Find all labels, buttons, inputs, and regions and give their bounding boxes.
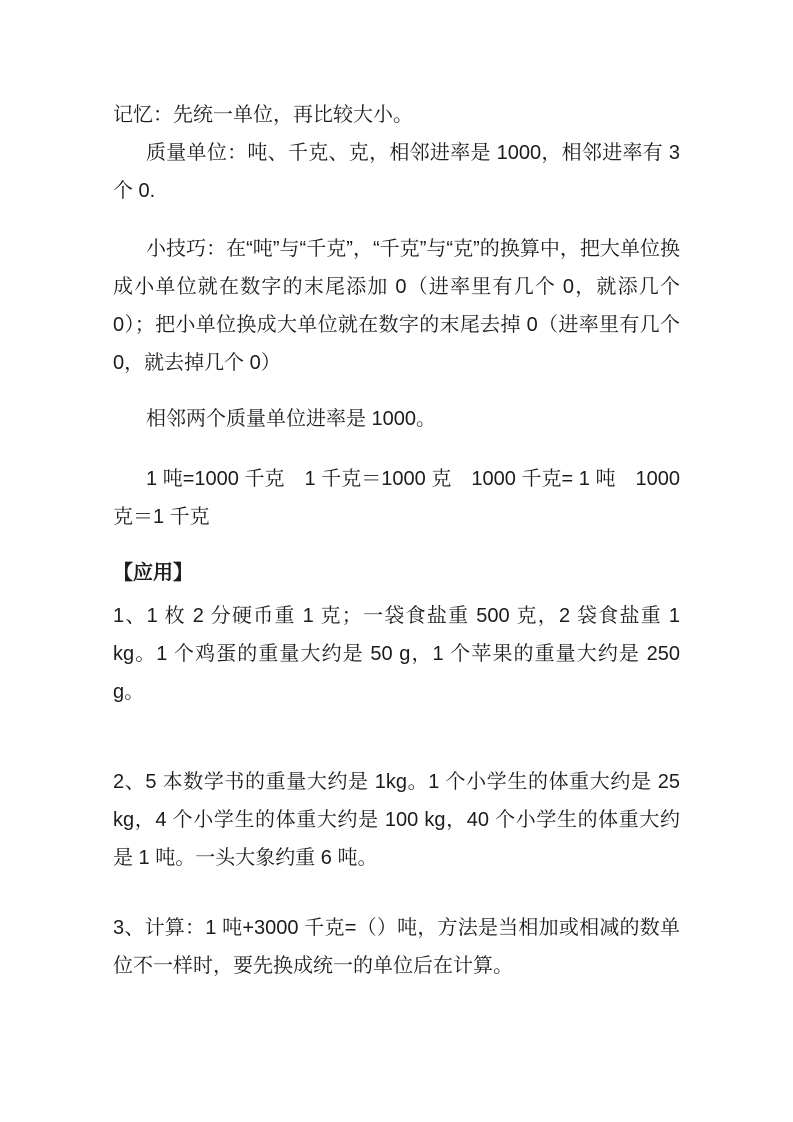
document-page: 记忆：先统一单位，再比较大小。 质量单位：吨、千克、克，相邻进率是 1000，相… [0,0,793,1122]
list-item-2: 2、5 本数学书的重量大约是 1kg。1 个小学生的体重大约是 25 kg，4 … [113,763,680,877]
list-item-1: 1、1 枚 2 分硬币重 1 克；一袋食盐重 500 克，2 袋食盐重 1 kg… [113,597,680,711]
paragraph-unit-conversions: 1 吨=1000 千克 1 千克＝1000 克 1000 千克= 1 吨 100… [113,460,680,536]
paragraph-mass-units: 质量单位：吨、千克、克，相邻进率是 1000，相邻进率有 3 个 0. [113,134,680,210]
list-item-3: 3、计算：1 吨+3000 千克=（）吨，方法是当相加或相减的数单位不一样时，要… [113,909,680,985]
paragraph-conversion-trick: 小技巧：在“吨”与“千克”，“千克”与“克”的换算中，把大单位换成小单位就在数字… [113,230,680,382]
paragraph-rate-rule: 相邻两个质量单位进率是 1000。 [113,400,680,438]
paragraph-memory-tip: 记忆：先统一单位，再比较大小。 [113,96,680,134]
section-heading-application: 【应用】 [113,554,680,592]
